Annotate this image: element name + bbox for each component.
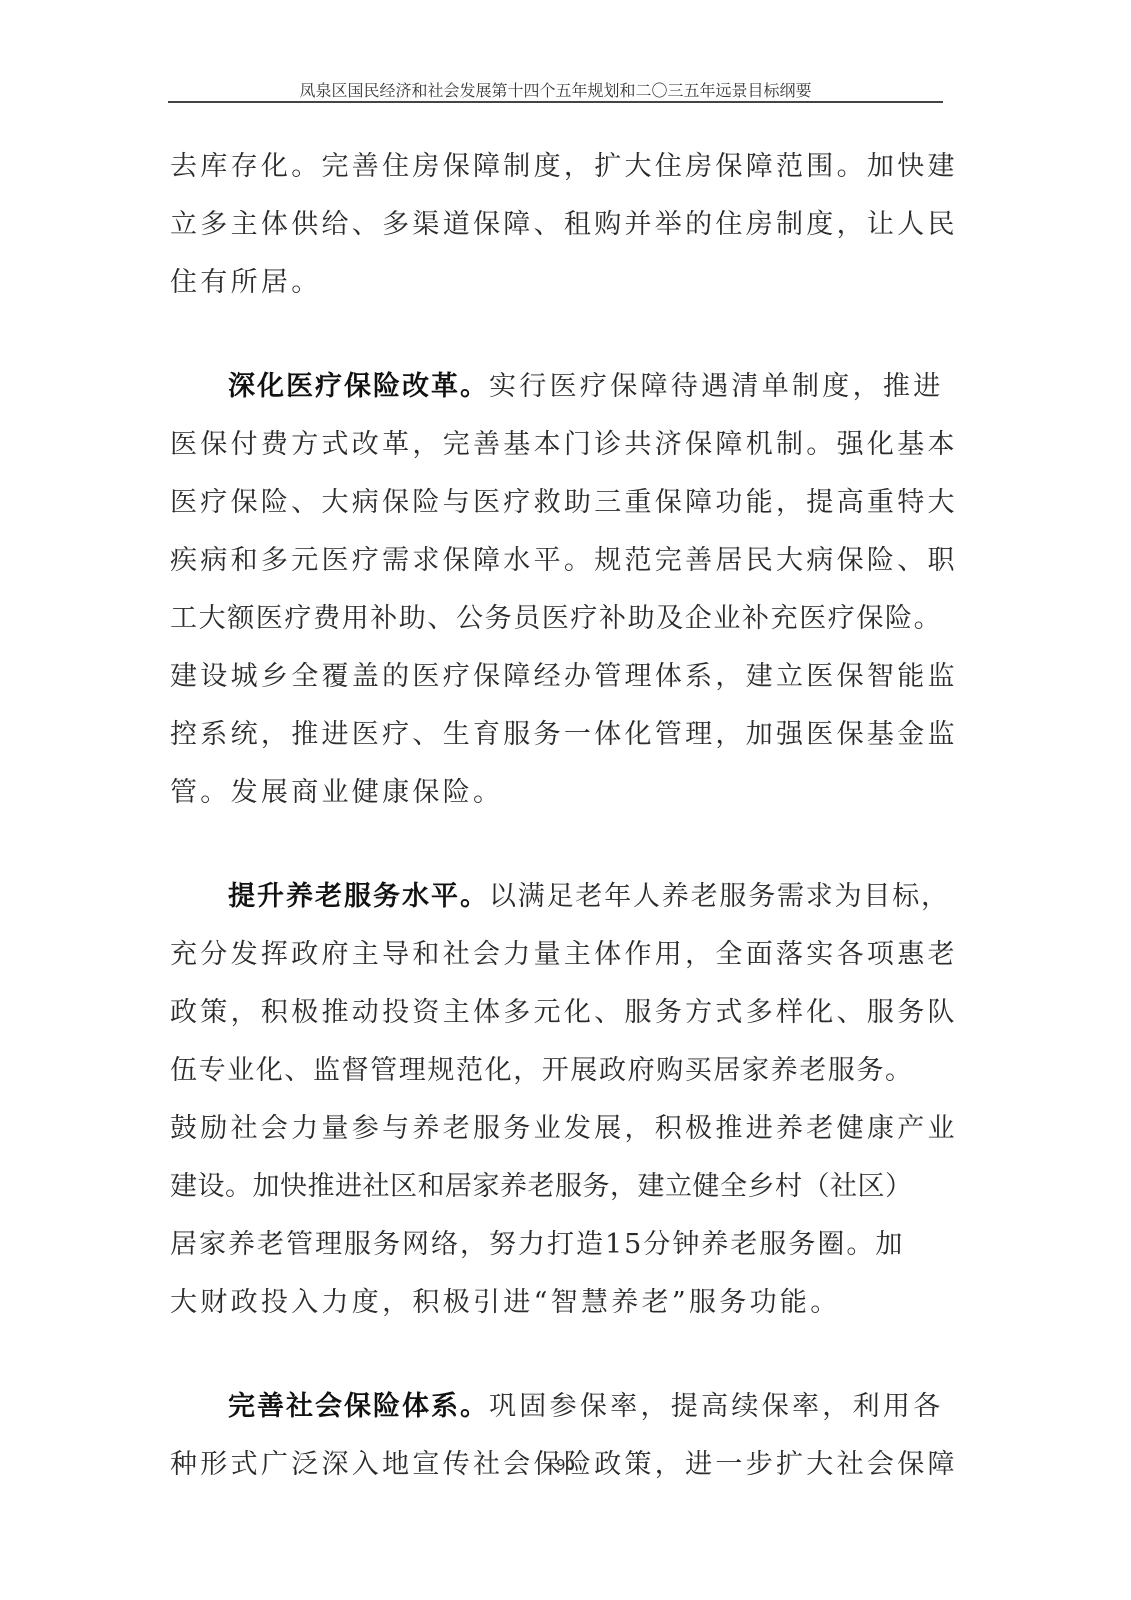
text-line: 住有所居。 [170,254,945,312]
text-line: 深化医疗保险改革。实行医疗保障待遇清单制度，推进 [170,358,945,416]
text-run: 以满足老年人养老服务需求为目标， [489,881,950,912]
text-line: 建设城乡全覆盖的医疗保障经办管理体系，建立医保智能监 [170,648,945,706]
paragraph-social-insurance: 完善社会保险体系。巩固参保率，提高续保率，利用各 种形式广泛深入地宣传社会保险政… [170,1378,945,1494]
paragraph-elderly-care: 提升养老服务水平。以满足老年人养老服务需求为目标， 充分发挥政府主导和社会力量主… [170,868,945,1332]
page-number: 90 [0,1456,1131,1474]
text-line: 居家养老管理服务网络，努力打造15分钟养老服务圈。加 [170,1216,945,1274]
text-line: 鼓励社会力量参与养老服务业发展，积极推进养老健康产业 [170,1100,945,1158]
text-line: 完善社会保险体系。巩固参保率，提高续保率，利用各 [170,1378,945,1436]
text-line: 提升养老服务水平。以满足老年人养老服务需求为目标， [170,868,945,926]
text-line: 伍专业化、监督管理规范化，开展政府购买居家养老服务。 [170,1042,945,1100]
text-line: 立多主体供给、多渠道保障、租购并举的住房制度，让人民 [170,196,945,254]
text-line: 控系统，推进医疗、生育服务一体化管理，加强医保基金监 [170,706,945,764]
paragraph-housing: 去库存化。完善住房保障制度，扩大住房保障范围。加快建 立多主体供给、多渠道保障、… [170,138,945,312]
paragraph-gap [170,822,945,868]
text-line: 建设。加快推进社区和居家养老服务，建立健全乡村（社区） [170,1158,945,1216]
text-line: 充分发挥政府主导和社会力量主体作用，全面落实各项惠老 [170,926,945,984]
text-line: 工大额医疗费用补助、公务员医疗补助及企业补充医疗保险。 [170,590,945,648]
paragraph-medical-insurance: 深化医疗保险改革。实行医疗保障待遇清单制度，推进 医保付费方式改革，完善基本门诊… [170,358,945,822]
paragraph-heading: 完善社会保险体系。 [228,1391,489,1422]
header-divider [168,101,943,103]
text-line: 管。发展商业健康保险。 [170,764,945,822]
text-run: 实行医疗保障待遇清单制度，推进 [489,371,944,402]
text-line: 大财政投入力度，积极引进“智慧养老”服务功能。 [170,1274,945,1332]
text-line: 医疗保险、大病保险与医疗救助三重保障功能，提高重特大 [170,474,945,532]
paragraph-gap [170,1332,945,1378]
text-line: 去库存化。完善住房保障制度，扩大住房保障范围。加快建 [170,138,945,196]
document-body: 去库存化。完善住房保障制度，扩大住房保障范围。加快建 立多主体供给、多渠道保障、… [170,138,945,1494]
paragraph-gap [170,312,945,358]
document-header: 凤泉区国民经济和社会发展第十四个五年规划和二〇三五年远景目标纲要 [168,78,943,101]
text-line: 疾病和多元医疗需求保障水平。规范完善居民大病保险、职 [170,532,945,590]
paragraph-heading: 深化医疗保险改革。 [228,371,489,402]
text-run: 巩固参保率，提高续保率，利用各 [489,1391,944,1422]
paragraph-heading: 提升养老服务水平。 [228,881,489,912]
text-line: 政策，积极推动投资主体多元化、服务方式多样化、服务队 [170,984,945,1042]
text-line: 医保付费方式改革，完善基本门诊共济保障机制。强化基本 [170,416,945,474]
